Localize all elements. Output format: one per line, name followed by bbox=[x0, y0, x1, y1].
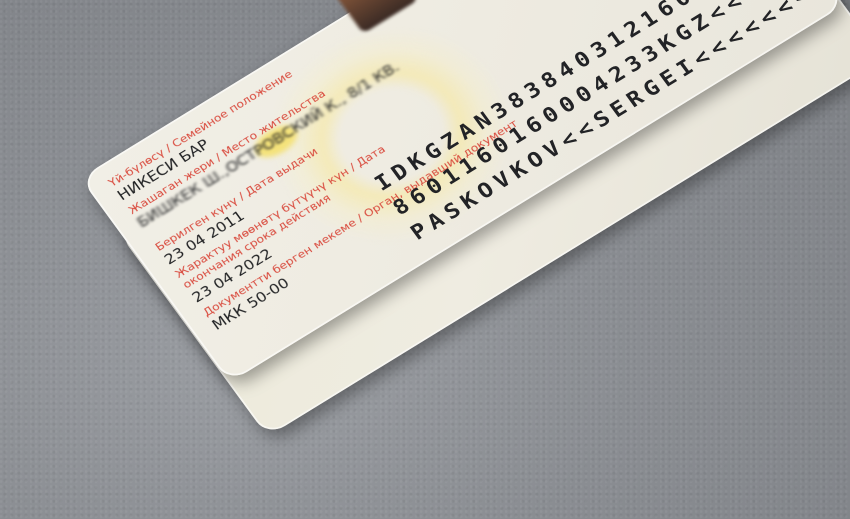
front-id-card: ✎ Үй-бүлөсү / Семейное положение НИКЕСИ … bbox=[80, 0, 845, 383]
id-card-stack: Үй-бүлөсү НИ Жа БИ ✎ Үй-бүлөсү / Семейно… bbox=[0, 0, 850, 519]
